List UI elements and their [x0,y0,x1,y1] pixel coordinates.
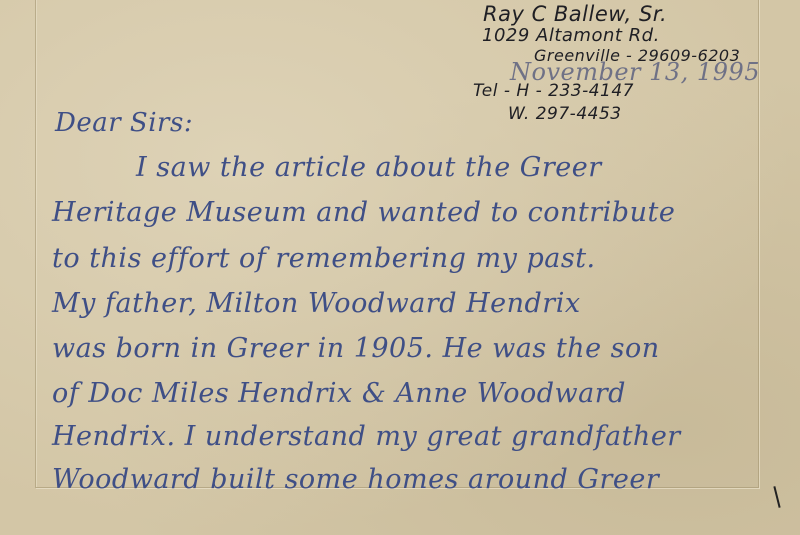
body-line: My father, Milton Woodward Hendrix [52,288,581,319]
salutation: Dear Sirs: [55,108,193,138]
body-line: Heritage Museum and wanted to contribute [52,197,675,228]
body-line: was born in Greer in 1905. He was the so… [52,333,660,364]
pen-mark [773,486,780,508]
body-line: of Doc Miles Hendrix & Anne Woodward [52,378,626,409]
telephone-home: Tel - H - 233-4147 [473,81,634,101]
body-line: to this effort of remembering my past. [52,243,596,274]
body-line: I saw the article about the Greer [136,152,602,183]
body-line: Woodward built some homes around Greer [52,464,659,495]
sender-name: Ray C Ballew, Sr. [483,2,667,26]
body-line: Hendrix. I understand my great grandfath… [52,421,681,452]
sender-street: 1029 Altamont Rd. [482,25,660,46]
telephone-work: W. 297-4453 [508,104,622,124]
letter-paper: Ray C Ballew, Sr. 1029 Altamont Rd. Gree… [0,0,800,535]
